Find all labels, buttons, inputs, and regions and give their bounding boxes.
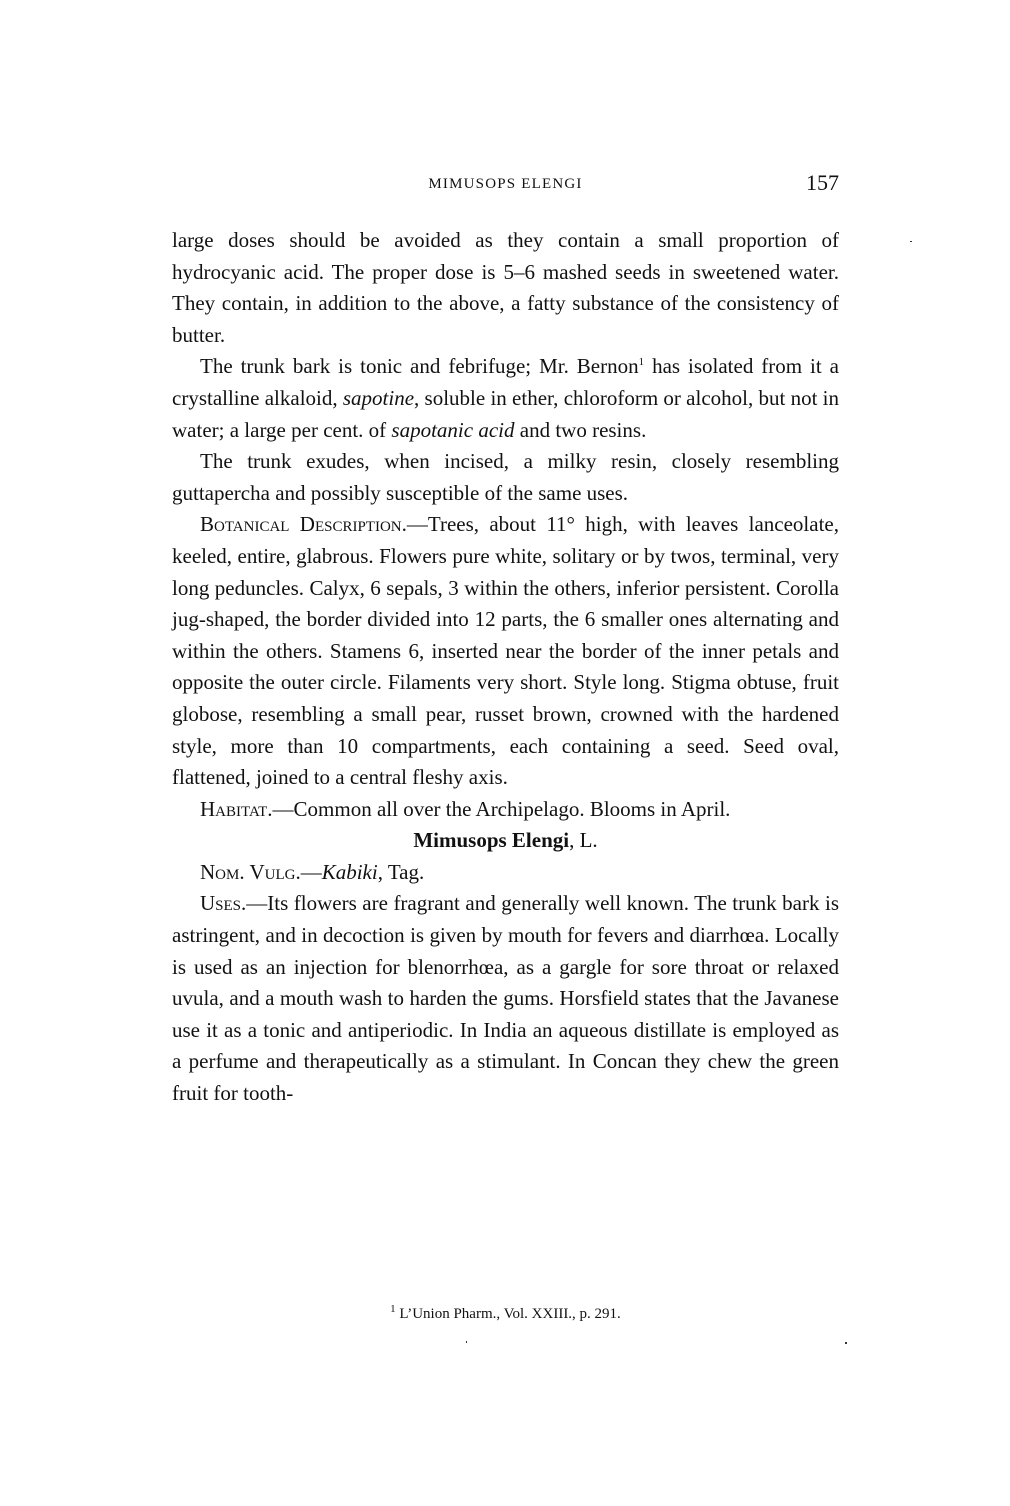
- paragraph-uses: Uses.—Its flowers are fragrant and gener…: [172, 888, 839, 1109]
- text-segment: The trunk bark is tonic and febrifuge; M…: [200, 354, 639, 378]
- text-segment: —Common all over the Archipelago. Blooms…: [273, 797, 731, 821]
- page-number: 157: [806, 170, 839, 196]
- scan-speck: [910, 241, 912, 242]
- species-name: Mimusops Elengi: [413, 828, 569, 852]
- paragraph-seeds-continued: large doses should be avoided as they co…: [172, 225, 839, 351]
- running-head: MIMUSOPS ELENGI 157: [172, 172, 839, 202]
- vernacular-name: Kabiki: [322, 860, 378, 884]
- section-label-botanical-description: Botanical Description.: [200, 512, 407, 536]
- footnote-text: L’Union Pharm., Vol. XXIII., p. 291.: [396, 1306, 621, 1322]
- text-segment: —: [301, 860, 322, 884]
- body-text: large doses should be avoided as they co…: [172, 225, 839, 1110]
- running-title: MIMUSOPS ELENGI: [172, 176, 839, 193]
- species-heading: Mimusops Elengi, L.: [172, 825, 839, 857]
- section-label-nom-vulg: Nom. Vulg.: [200, 860, 301, 884]
- species-authority: , L.: [569, 828, 598, 852]
- section-label-uses: Uses.: [200, 891, 246, 915]
- text-segment: , Tag.: [378, 860, 425, 884]
- italic-term-sapotine: sapotine: [343, 386, 414, 410]
- scan-speck: [466, 1341, 467, 1343]
- italic-term-sapotanic-acid: sapotanic acid: [391, 418, 514, 442]
- text-segment: —Trees, about 11° high, with leaves lanc…: [172, 512, 839, 789]
- paragraph-botanical-description: Botanical Description.—Trees, about 11° …: [172, 509, 839, 793]
- paragraph-trunk-bark: The trunk bark is tonic and febrifuge; M…: [172, 351, 839, 446]
- text-segment: and two resins.: [515, 418, 647, 442]
- paragraph-habitat: Habitat.—Common all over the Archipelago…: [172, 794, 839, 826]
- text-segment: —Its flowers are fragrant and generally …: [172, 891, 839, 1105]
- scan-speck: [845, 1342, 847, 1344]
- section-label-habitat: Habitat.: [200, 797, 273, 821]
- footnote: 1 L’Union Pharm., Vol. XXIII., p. 291.: [172, 1306, 839, 1323]
- paragraph-nom-vulg: Nom. Vulg.—Kabiki, Tag.: [172, 857, 839, 889]
- paragraph-resin: The trunk exudes, when incised, a milky …: [172, 446, 839, 509]
